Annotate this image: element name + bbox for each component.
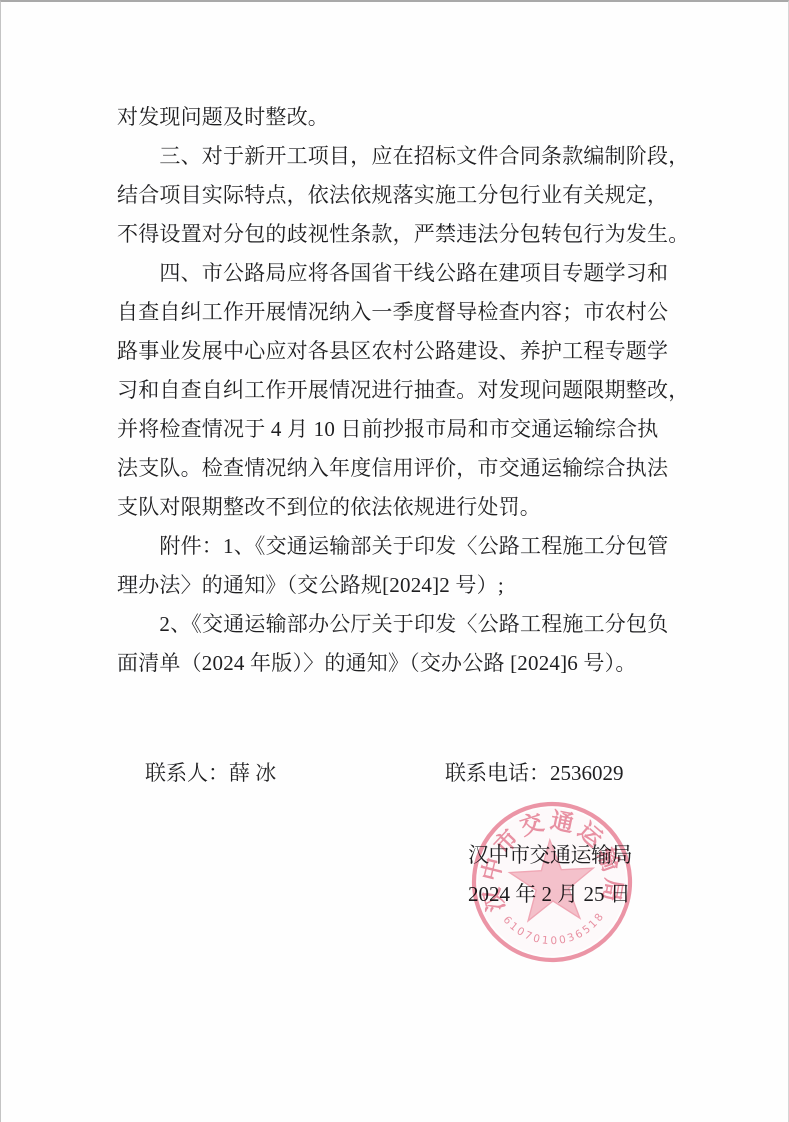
- body-line: 法支队。检查情况纳入年度信用评价，市交通运输综合执法: [117, 449, 697, 488]
- contact-phone: 联系电话：2536029: [445, 754, 624, 793]
- attachment-line: 2、《交通运输部办公厅关于印发〈公路工程施工分包负: [117, 605, 697, 644]
- body-line: 自查自纠工作开展情况纳入一季度督导检查内容；市农村公: [117, 293, 697, 332]
- body-line: 不得设置对分包的歧视性条款，严禁违法分包转包行为发生。: [117, 215, 697, 254]
- attachment-line: 面清单（2024 年版）〉的通知》（交办公路 [2024]6 号）。: [117, 644, 697, 683]
- body-line: 支队对限期整改不到位的依法依规进行处罚。: [117, 488, 697, 527]
- document-body: 对发现问题及时整改。 三、对于新开工项目，应在招标文件合同条款编制阶段， 结合项…: [117, 98, 697, 683]
- body-line: 路事业发展中心应对各县区农村公路建设、养护工程专题学: [117, 332, 697, 371]
- attachment-line: 附件：1、《交通运输部关于印发〈公路工程施工分包管: [117, 527, 697, 566]
- body-line: 结合项目实际特点，依法依规落实施工分包行业有关规定，: [117, 176, 697, 215]
- document-page: 对发现问题及时整改。 三、对于新开工项目，应在招标文件合同条款编制阶段， 结合项…: [0, 0, 789, 1122]
- body-line: 习和自查自纠工作开展情况进行抽查。对发现问题限期整改，: [117, 371, 697, 410]
- contact-person: 联系人：薛 冰: [145, 754, 276, 793]
- body-line: 三、对于新开工项目，应在招标文件合同条款编制阶段，: [117, 137, 697, 176]
- attachment-line: 理办法〉的通知》（交公路规[2024]2 号）;: [117, 566, 697, 605]
- body-line: 并将检查情况于 4 月 10 日前抄报市局和市交通运输综合执: [117, 410, 697, 449]
- contact-row: 联系人：薛 冰 联系电话：2536029: [0, 754, 789, 793]
- seal-serial-number: 6107010036518: [500, 909, 609, 950]
- body-line: 对发现问题及时整改。: [117, 98, 697, 137]
- body-line: 四、市公路局应将各国省干线公路在建项目专题学习和: [117, 254, 697, 293]
- signature-org: 汉中市交通运输局: [468, 836, 632, 875]
- signature-date: 2024 年 2 月 25 日: [468, 875, 631, 914]
